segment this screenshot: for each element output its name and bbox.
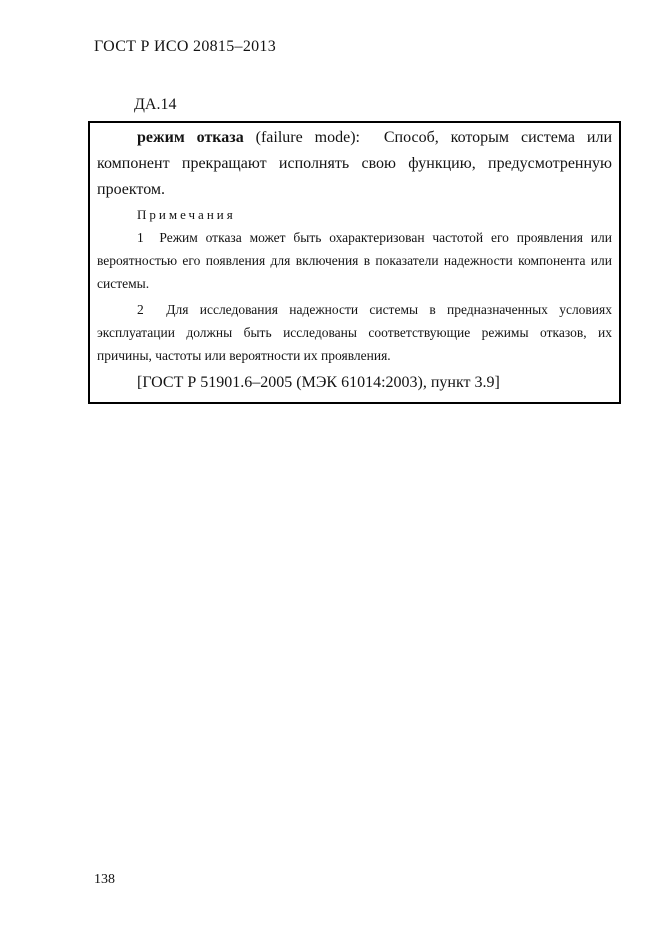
definition-box: режим отказа (failure mode): Способ, кот… <box>88 121 621 404</box>
note-1: 1 Режим отказа может быть охарактеризова… <box>97 226 612 295</box>
document-header: ГОСТ Р ИСО 20815–2013 <box>94 38 276 56</box>
section-label: ДА.14 <box>134 96 176 114</box>
definition-term: режим отказа <box>137 129 244 146</box>
source-reference: [ГОСТ Р 51901.6–2005 (МЭК 61014:2003), п… <box>97 372 612 394</box>
document-page: ГОСТ Р ИСО 20815–2013 ДА.14 режим отказа… <box>0 0 661 936</box>
definition-paragraph: режим отказа (failure mode): Способ, кот… <box>97 125 612 203</box>
note-2: 2 Для исследования надежности системы в … <box>97 298 612 367</box>
notes-heading: Примечания <box>97 207 612 223</box>
page-number: 138 <box>94 872 115 888</box>
